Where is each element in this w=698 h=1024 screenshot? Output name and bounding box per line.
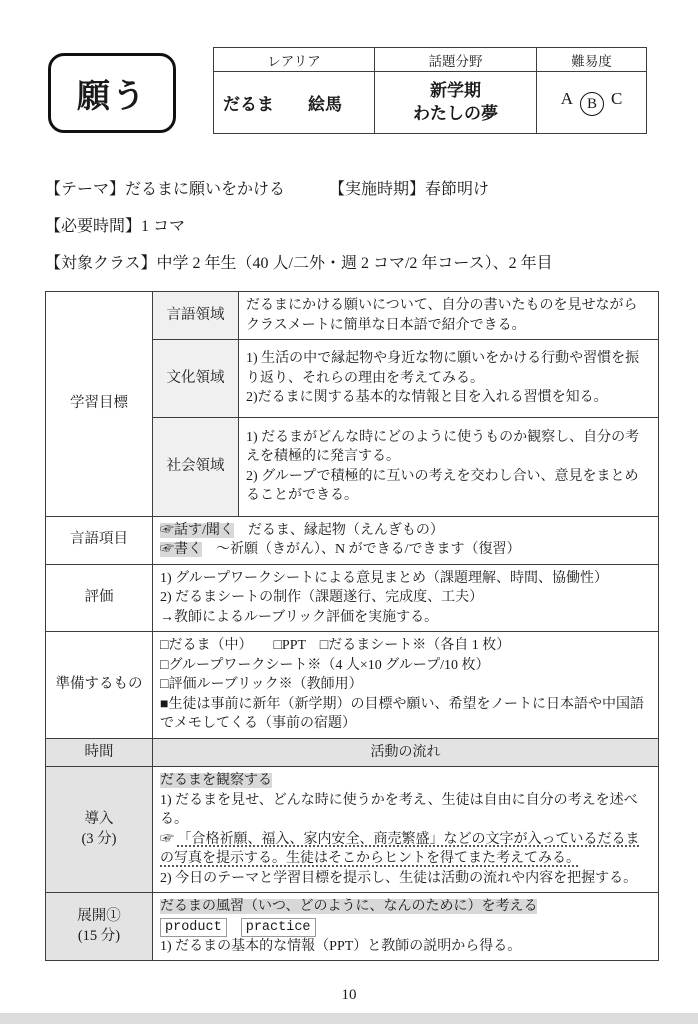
- meta-line-time: 【必要時間】1 コマ: [45, 208, 698, 245]
- topic-cell: 新学期 わたしの夢: [375, 72, 537, 134]
- class-label: 【対象クラス】: [45, 255, 157, 272]
- speak-listen-tag: ☞話す/聞く: [160, 523, 234, 538]
- goal-text-culture: 1) 生活の中で縁起物や身近な物に願いをかける行動や習慣を振り返り、それらの理由…: [239, 340, 659, 418]
- goal-row-language: 学習目標 言語領域 だるまにかける願いについて、自分の書いたものを見せながらクラ…: [46, 292, 659, 340]
- goal-area-culture: 文化領域: [153, 340, 239, 418]
- time-column-header: 時間: [46, 738, 153, 767]
- intro-heading: だるまを観察する: [160, 773, 272, 788]
- meta-line-class: 【対象クラス】中学 2 年生（40 人/二外・週 2 コマ/2 年コース）、2 …: [45, 245, 698, 282]
- flow-header-row: 時間 活動の流れ: [46, 738, 659, 767]
- practice-tag: practice: [241, 918, 316, 937]
- theme-value: だるまに願いをかける: [125, 181, 285, 198]
- develop1-tags: productpractice: [160, 917, 651, 937]
- info-body-row: だるま 絵馬 新学期 わたしの夢 ABC: [214, 72, 647, 134]
- intro-step2: 2) 今日のテーマと学習目標を提示し、生徒は活動の流れや内容を把握する。: [160, 869, 651, 889]
- topic-line2: わたしの夢: [375, 103, 536, 126]
- intro-note-underlined: 「合格祈願、福入、家内安全、商売繁盛」などの文字が入っているだるまの写真を提示す…: [160, 832, 640, 867]
- scan-edge: [0, 1013, 698, 1024]
- lesson-table: 学習目標 言語領域 だるまにかける願いについて、自分の書いたものを見せながらクラ…: [45, 291, 659, 961]
- goal-area-language: 言語領域: [153, 292, 239, 340]
- info-header-topic: 話題分野: [375, 48, 537, 72]
- intro-row: 導入 (3 分) だるまを観察する 1) だるまを見せ、どんな時に使うかを考え、…: [46, 767, 659, 893]
- difficulty-b-selected: B: [580, 92, 604, 116]
- intro-step1: 1) だるまを見せ、どんな時に使うかを考え、生徒は自由に自分の考えを述べる。: [160, 791, 651, 830]
- product-tag: product: [160, 918, 227, 937]
- unit-title-box: 願う: [48, 53, 176, 133]
- flow-column-header: 活動の流れ: [153, 738, 659, 767]
- goal-text-language: だるまにかける願いについて、自分の書いたものを見せながらクラスメートに簡単な日本…: [239, 292, 659, 340]
- difficulty-a: A: [561, 89, 573, 108]
- goal-label-cell: 学習目標: [46, 292, 153, 517]
- write-content: ～祈願（きがん）、N ができる/できます（復習）: [202, 542, 521, 557]
- time-label: 【必要時間】: [45, 218, 141, 235]
- period-value: 春節明け: [425, 181, 489, 198]
- evaluation-row: 評価 1) グループワークシートによる意見まとめ（課題理解、時間、協働性） 2)…: [46, 564, 659, 632]
- develop1-step1: 1) だるまの基本的な情報（PPT）と教師の説明から得る。: [160, 937, 651, 957]
- develop1-label: 展開①: [53, 907, 145, 927]
- intro-content-cell: だるまを観察する 1) だるまを見せ、どんな時に使うかを考え、生徒は自由に自分の…: [153, 767, 659, 893]
- theme-label: 【テーマ】: [45, 181, 125, 198]
- develop1-minutes: (15 分): [53, 927, 145, 947]
- goal-text-society: 1) だるまがどんな時にどのように使うものか観察し、自分の考えを積極的に発言する…: [239, 417, 659, 516]
- info-header-difficulty: 難易度: [537, 48, 647, 72]
- evaluation-label: 評価: [46, 564, 153, 632]
- time-value: 1 コマ: [141, 218, 185, 235]
- pointing-hand-icon: ☞: [160, 832, 178, 847]
- intro-label: 導入: [53, 810, 145, 830]
- preparation-row: 準備するもの □だるま（中） □PPT □だるまシート※（各自 1 枚） □グル…: [46, 632, 659, 739]
- intro-label-cell: 導入 (3 分): [46, 767, 153, 893]
- speak-listen-content: だるま、縁起物（えんぎもの）: [234, 523, 444, 538]
- develop1-label-cell: 展開① (15 分): [46, 893, 153, 961]
- difficulty-cell: ABC: [537, 72, 647, 134]
- evaluation-text: 1) グループワークシートによる意見まとめ（課題理解、時間、協働性） 2) だる…: [153, 564, 659, 632]
- period-label: 【実施時期】: [329, 181, 425, 198]
- develop1-content-cell: だるまの風習（いつ、どのように、なんのために）を考える productpract…: [153, 893, 659, 961]
- write-tag: ☞書く: [160, 542, 202, 557]
- meta-section: 【テーマ】だるまに願いをかける【実施時期】春節明け 【必要時間】1 コマ 【対象…: [45, 171, 698, 282]
- language-items-row: 言語項目 ☞話す/聞く だるま、縁起物（えんぎもの） ☞書く ～祈願（きがん）、…: [46, 516, 659, 564]
- difficulty-c: C: [611, 89, 622, 108]
- goal-area-society: 社会領域: [153, 417, 239, 516]
- language-items-cell: ☞話す/聞く だるま、縁起物（えんぎもの） ☞書く ～祈願（きがん）、N ができ…: [153, 516, 659, 564]
- document-page: 願う レアリア 話題分野 難易度 だるま 絵馬 新学期 わたしの夢 ABC: [0, 0, 698, 1024]
- language-items-line2: ☞書く ～祈願（きがん）、N ができる/できます（復習）: [160, 540, 651, 560]
- develop1-heading: だるまの風習（いつ、どのように、なんのために）を考える: [160, 899, 537, 914]
- develop1-row: 展開① (15 分) だるまの風習（いつ、どのように、なんのために）を考える p…: [46, 893, 659, 961]
- realia-cell: だるま 絵馬: [214, 72, 375, 134]
- intro-minutes: (3 分): [53, 830, 145, 850]
- topic-line1: 新学期: [375, 80, 536, 103]
- language-items-line1: ☞話す/聞く だるま、縁起物（えんぎもの）: [160, 521, 651, 541]
- intro-teacher-note: ☞ 「合格祈願、福入、家内安全、商売繁盛」などの文字が入っているだるまの写真を提…: [160, 830, 651, 869]
- unit-title: 願う: [77, 70, 147, 117]
- preparation-text: □だるま（中） □PPT □だるまシート※（各自 1 枚） □グループワークシー…: [153, 632, 659, 739]
- meta-line-theme: 【テーマ】だるまに願いをかける【実施時期】春節明け: [45, 171, 698, 208]
- page-number: 10: [0, 987, 698, 1004]
- page-header: 願う レアリア 話題分野 難易度 だるま 絵馬 新学期 わたしの夢 ABC: [0, 0, 698, 165]
- language-items-label: 言語項目: [46, 516, 153, 564]
- difficulty-b: B: [587, 96, 597, 113]
- class-value: 中学 2 年生（40 人/二外・週 2 コマ/2 年コース）、2 年目: [157, 255, 553, 272]
- info-table: レアリア 話題分野 難易度 だるま 絵馬 新学期 わたしの夢 ABC: [213, 47, 647, 134]
- preparation-label: 準備するもの: [46, 632, 153, 739]
- info-header-realia: レアリア: [214, 48, 375, 72]
- info-header-row: レアリア 話題分野 難易度: [214, 48, 647, 72]
